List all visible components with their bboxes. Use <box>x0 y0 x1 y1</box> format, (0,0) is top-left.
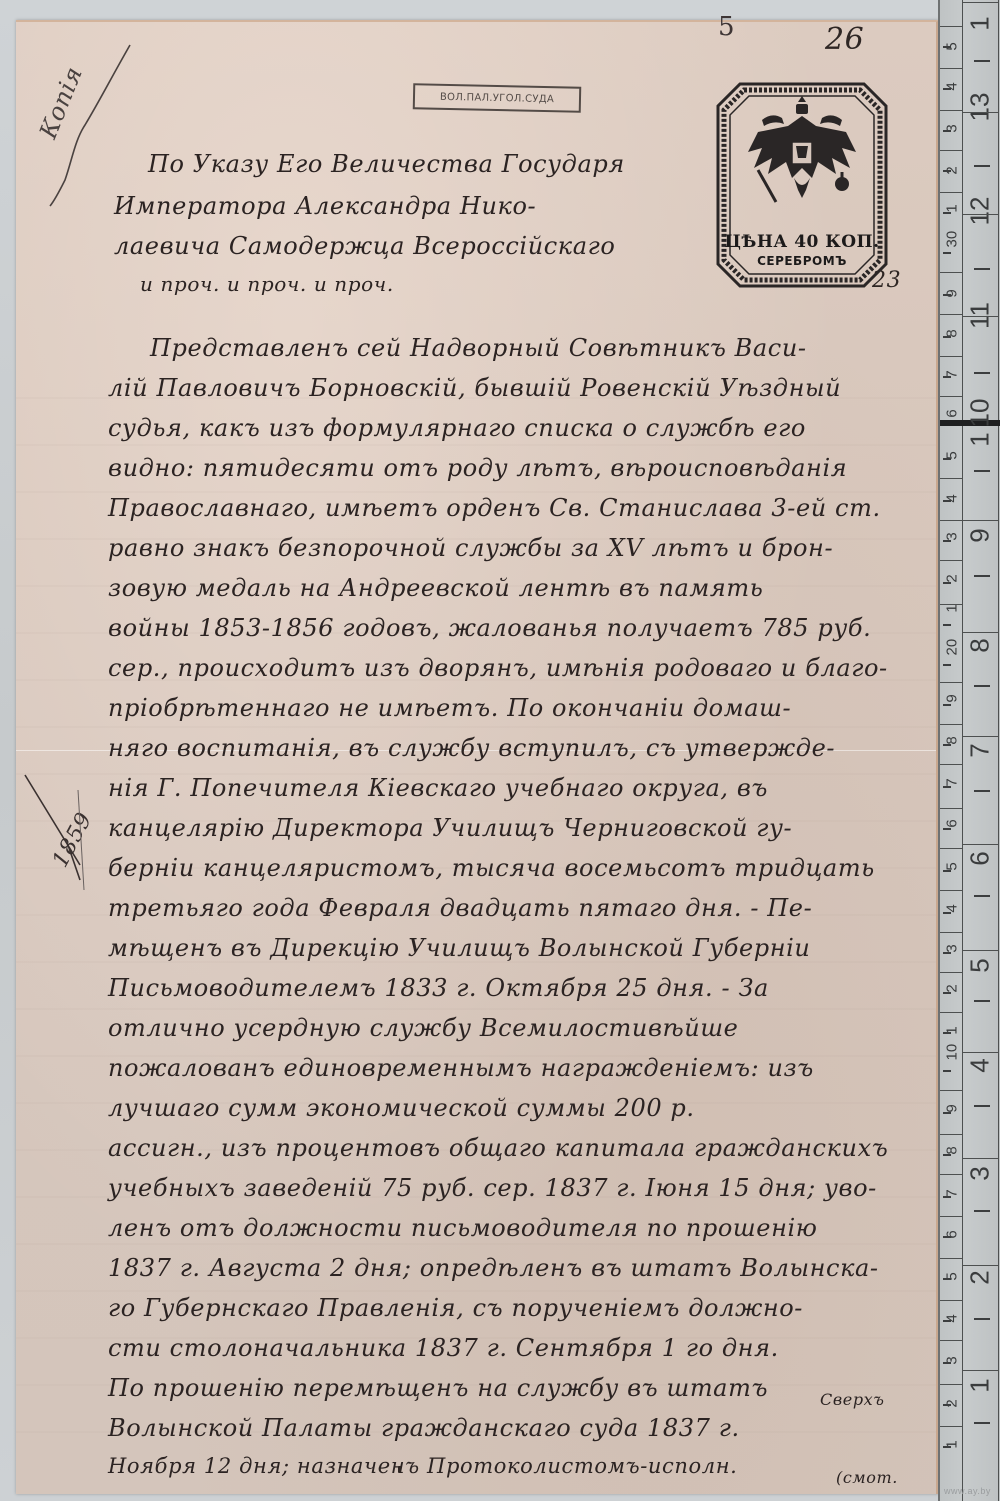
continuation-mark: (смот. <box>836 1468 898 1487</box>
body-line: Ноября 12 дня; назначенъ Протоколистомъ-… <box>108 1454 737 1478</box>
heading-line: и проч. и проч. и проч. <box>140 272 394 296</box>
stamp-duty-imprint: ЦѢНА 40 КОП. СЕРЕБРОМЪ <box>716 82 888 288</box>
ruler-label: 5 <box>944 1270 961 1284</box>
ruler-label: 9 <box>965 522 996 550</box>
heading-line: лаевича Самодержца Всероссійскаго <box>114 232 615 260</box>
ruler-label: 10 <box>944 1047 961 1061</box>
margin-bracket-mark <box>20 770 90 890</box>
body-line: Волынской Палаты гражданскаго суда 1837 … <box>108 1414 740 1442</box>
annotation-above-line: Сверхъ <box>820 1390 885 1409</box>
body-line: зовую медаль на Андреевской лентѣ въ пам… <box>108 574 763 602</box>
body-line: няго воспитанія, въ службу вступилъ, съ … <box>108 734 835 762</box>
ruler-label: 1 <box>944 1438 961 1452</box>
body-line: мѣщенъ въ Дирекцію Училищъ Волынской Губ… <box>108 934 811 962</box>
ruler-label: 4 <box>965 1052 996 1080</box>
ruler-label: 6 <box>944 1228 961 1242</box>
ruler-label: 1 <box>944 1024 961 1038</box>
body-line: 1837 г. Августа 2 дня; опредѣленъ въ шта… <box>108 1254 879 1282</box>
body-line: равно знакъ безпорочной службы за XV лѣт… <box>108 534 833 562</box>
ruler-label: 13 <box>965 94 996 122</box>
ruler-label: 20 <box>944 642 961 656</box>
ruler-label: 4 <box>944 492 961 506</box>
body-line: канцелярію Директора Училищъ Черниговско… <box>108 814 792 842</box>
website-watermark: www.ay.by <box>944 1486 991 1496</box>
body-line: пріобрѣтеннаго не имѣетъ. По окончаніи д… <box>108 694 791 722</box>
stamp-currency: СЕРЕБРОМЪ <box>716 254 888 268</box>
ruler-label: 5 <box>944 449 961 463</box>
ruler-label: 6 <box>965 845 996 873</box>
double-headed-eagle-icon <box>748 96 856 202</box>
court-office-stamp: ВОЛ.ПАЛ.УГОЛ.СУДА <box>413 83 582 113</box>
page-number-right: 26 <box>825 22 864 57</box>
body-line: отлично усердную службу Всемилостивѣйше <box>108 1014 738 1042</box>
ruler-label: 7 <box>944 368 961 382</box>
ruler-label: 1 <box>965 426 996 454</box>
body-line: лій Павловичъ Борновскій, бывшій Ровенск… <box>108 374 841 402</box>
body-line: Письмоводителемъ 1833 г. Октября 25 дня.… <box>108 974 769 1002</box>
body-line: нія Г. Попечителя Кіевскаго учебнаго окр… <box>108 774 768 802</box>
ruler-label: 4 <box>944 1312 961 1326</box>
ruler-label: 8 <box>944 327 961 341</box>
ruler-label: 8 <box>965 632 996 660</box>
ruler-label: 1 <box>965 1372 996 1400</box>
ruler-label: 1 <box>965 10 996 38</box>
page-number-left: 5 <box>718 12 735 42</box>
body-line: видно: пятидесяти отъ роду лѣтъ, вѣроисп… <box>108 454 847 482</box>
body-line: берніи канцеляристомъ, тысяча восемьсотъ… <box>108 854 875 882</box>
body-line: ассигн., изъ процентовъ общаго капитала … <box>108 1134 888 1162</box>
ruler-label: 2 <box>965 1264 996 1292</box>
body-line: сер., происходитъ изъ дворянъ, имѣнія ро… <box>108 654 888 682</box>
body-line: войны 1853-1856 годовъ, жалованья получа… <box>108 614 871 642</box>
measuring-ruler: 5 4 3 2 1 30 9 8 7 6 5 4 3 2 1 20 9 8 7 … <box>938 0 1000 1501</box>
body-line: судья, какъ изъ формулярнаго списка о сл… <box>108 414 806 442</box>
body-line: ленъ отъ должности письмоводителя по про… <box>108 1214 818 1242</box>
heading-line: По Указу Его Величества Государя <box>148 150 625 178</box>
ruler-label: 7 <box>965 737 996 765</box>
body-line: учебныхъ заведеній 75 руб. сер. 1837 г. … <box>108 1174 877 1202</box>
body-line: го Губернскаго Правленія, съ порученіемъ… <box>108 1294 803 1322</box>
body-line: сти столоначальника 1837 г. Сентября 1 г… <box>108 1334 779 1362</box>
ruler-label: 6 <box>944 407 961 421</box>
ruler-label: 30 <box>944 234 961 248</box>
ruler-label: 5 <box>965 952 996 980</box>
body-line: Православнаго, имѣетъ орденъ Св. Станисл… <box>108 494 881 522</box>
heading-line: Императора Александра Нико- <box>114 192 536 220</box>
ruler-label: 3 <box>965 1160 996 1188</box>
body-line: По прошенію перемѣщенъ на службу въ штат… <box>108 1374 768 1402</box>
stamp-price: ЦѢНА 40 КОП. <box>716 232 888 252</box>
ruler-label: 3 <box>944 122 961 136</box>
ink-blot <box>398 1466 401 1473</box>
ruler-label: 4 <box>944 80 961 94</box>
body-line: третьяго года Февраля двадцать пятаго дн… <box>108 894 812 922</box>
body-line: лучшаго сумм экономической суммы 200 р. <box>108 1094 695 1122</box>
ruler-label: 3 <box>944 1354 961 1368</box>
body-line: Представленъ сей Надворный Совѣтникъ Вас… <box>150 334 807 362</box>
body-line: пожалованъ единовременнымъ награжденіемъ… <box>108 1054 814 1082</box>
ruler-label: 12 <box>965 198 996 226</box>
ruler-label: 10 <box>965 400 996 428</box>
ruler-label: 7 <box>944 1187 961 1201</box>
margin-wavy-line <box>30 40 140 210</box>
